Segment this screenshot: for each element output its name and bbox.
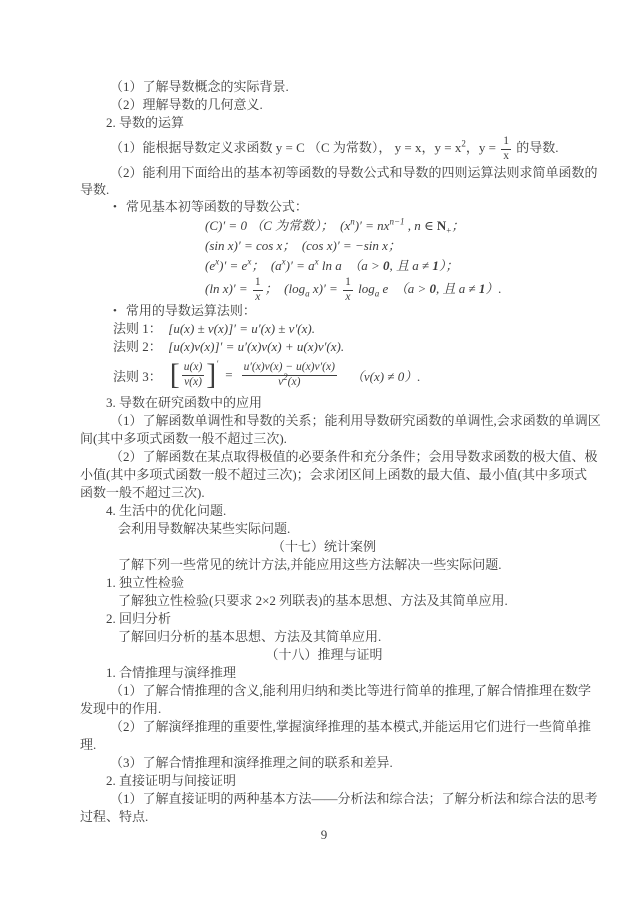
formula-run: ； (a [251,258,281,273]
rule-3-label: 法则 3： [113,366,162,385]
item-derivative-applications: 3. 导数在研究函数中的应用 [80,394,568,412]
fraction: 1x [501,135,511,162]
right-bracket: ] [206,360,216,390]
formula-run: )′ = nx [355,218,390,233]
para-extrema-cont-2: 函数一般不超过三次). [80,484,568,502]
fraction-numerator: u(x) [182,361,205,375]
bullet-derivative-rules: •常用的导数运算法则： [80,302,568,320]
document-page: （1）了解导数概念的实际背景. （2）理解导数的几何意义. 2. 导数的运算 （… [0,0,640,905]
fraction-denominator: x [501,150,511,163]
formula-run: log [355,281,375,296]
para-basic-formulas-intro: （2）能利用下面给出的基本初等函数的导数公式和导数的四则运算法则求简单函数的 [80,164,568,181]
text-run: ，y = [466,140,499,155]
fraction: 1x [343,276,353,303]
formula-run: ln a （a > [319,258,383,273]
formula-run: , 且 a ≠ [390,258,433,273]
para-direct-proof-cont: 过程、特点. [80,808,568,826]
formula-run: ； (log [265,281,305,296]
para-statistics-intro: 了解下列一些常见的统计方法,并能应用这些方法解决一些实际问题. [80,556,568,574]
item-regression-analysis: 2. 回归分析 [80,610,568,628]
equals-sign: = [225,367,232,383]
formula-sin-cos: (sin x)′ = cos x； (cos x)′ = −sin x； [80,236,568,256]
formula-run: x)′ = [310,281,341,296]
formula-run: (e [205,258,215,273]
para-derivative-geometric-meaning: （2）理解导数的几何意义. [80,96,568,114]
para-monotonicity: （1）了解函数单调性和导数的关系；能利用导数研究函数的单调性,会求函数的单调区 [80,412,568,430]
para-deductive-reasoning: （2）了解演绎推理的重要性,掌握演绎推理的基本模式,并能运用它们进行一些简单推 [80,718,568,736]
fraction: u(x)v(x) [182,361,205,388]
item-direct-indirect-proof: 2. 直接证明与间接证明 [80,772,568,790]
para-regression-desc: 了解回归分析的基本思想、方法及其简单应用. [80,628,568,646]
document-body: （1）了解导数概念的实际背景. （2）理解导数的几何意义. 2. 导数的运算 （… [80,0,568,844]
fraction: u′(x)v(x) − u(x)v′(x)v2(x) [242,361,337,388]
rule-3-condition: （v(x) ≠ 0）. [351,366,421,385]
superscript: n−1 [389,217,404,227]
fraction-numerator: u′(x)v(x) − u(x)v′(x) [242,361,337,375]
rule-1-label: 法则 1： [113,321,155,336]
item-optimization: 4. 生活中的优化问题. [80,502,568,520]
fraction-denominator: x [343,291,353,304]
item-plausible-deductive-reasoning: 1. 合情推理与演绎推理 [80,664,568,682]
left-bracket: [ [170,360,180,390]
para-derivative-by-definition: （1）能根据导数定义求函数 y = C （C 为常数）， y = x，y = x… [80,132,568,164]
rule-2-label: 法则 2： [113,339,155,354]
formula-run: (ln x)′ = [205,281,251,296]
para-extrema: （2）了解函数在某点取得极值的必要条件和充分条件；会用导数求函数的极大值、极 [80,448,568,466]
formula-constant-power: (C)′ = 0 （C 为常数）； (xn)′ = nxn−1 , n ∈ N+… [80,216,568,236]
fraction-numerator: 1 [343,276,353,290]
formula-run: )′ = a [286,258,315,273]
rule-2-line: 法则 2： [u(x)v(x)]′ = u′(x)v(x) + u(x)v′(x… [80,338,568,356]
fraction-numerator: 1 [501,135,511,149]
formula-run: )′ = e [219,258,247,273]
formula-logarithm: (ln x)′ = 1x； (loga x)′ = 1x loga e （a >… [80,276,568,302]
formula-exponential: (ex)′ = ex； (ax)′ = ax ln a （a > 0, 且 a … [80,256,568,276]
bold-N-symbol: N [437,218,446,233]
text-run: （1）能根据导数定义求函数 y = C （C 为常数）， y = x，y = x [110,140,461,155]
para-derivative-concept-background: （1）了解导数概念的实际背景. [80,78,568,96]
heading-reasoning-proof: （十八）推理与证明 [80,646,568,664]
para-direct-proof: （1）了解直接证明的两种基本方法——分析法和综合法；了解分析法和综合法的思考 [80,790,568,808]
text-run: 的导数. [513,140,559,155]
prime-mark: ′ [216,359,218,369]
para-extrema-cont-1: 小值(其中多项式函数一般不超过三次)；会求闭区间上函数的最大值、最小值(其中多项… [80,466,568,484]
rule-3-line: 法则 3：[u(x)v(x)]′=u′(x)v(x) − u(x)v′(x)v2… [80,356,568,394]
para-plausible-reasoning-cont: 发现中的作用. [80,700,568,718]
bullet-icon: • [113,305,117,317]
para-reasoning-relationship: （3）了解合情推理和演绎推理之间的联系和差异. [80,754,568,772]
fraction: 1x [253,276,263,303]
para-optimization-desc: 会利用导数解决某些实际问题. [80,520,568,538]
heading-statistics-cases: （十七）统计案例 [80,538,568,556]
formula-run: (C)′ = 0 （C 为常数）； (x [205,218,350,233]
item-derivative-operations: 2. 导数的运算 [80,114,568,132]
formula-run: ）. [485,281,501,296]
fraction-denominator: v2(x) [242,376,337,389]
rule-2-formula: [u(x)v(x)]′ = u′(x)v(x) + u(x)v′(x). [168,339,344,354]
para-basic-formulas-intro-cont: 导数. [80,181,568,198]
para-monotonicity-cont: 间(其中多项式函数一般不超过三次). [80,430,568,448]
formula-run: , n ∈ [405,218,437,233]
bullet-common-derivative-formulas: •常见基本初等函数的导数公式： [80,198,568,216]
page-number: 9 [80,826,568,844]
para-deductive-reasoning-cont: 理. [80,736,568,754]
formula-run: e （a > [379,281,429,296]
item-independence-test: 1. 独立性检验 [80,574,568,592]
fraction-numerator: 1 [253,276,263,290]
para-plausible-reasoning: （1）了解合情推理的含义,能利用归纳和类比等进行简单的推理,了解合情推理在数学 [80,682,568,700]
bullet-label: 常见基本初等函数的导数公式： [126,199,308,214]
rule-1-formula: [u(x) ± v(x)]′ = u′(x) ± v′(x). [168,321,315,336]
para-independence-test-desc: 了解独立性检验(只要求 2×2 列联表)的基本思想、方法及其简单应用. [80,592,568,610]
formula-run: ； [451,218,464,233]
formula-run: ）； [439,258,459,273]
rule-1-line: 法则 1： [u(x) ± v(x)]′ = u′(x) ± v′(x). [80,320,568,338]
formula-run: , 且 a ≠ [436,281,479,296]
bullet-label: 常用的导数运算法则： [126,303,256,318]
formula-run: (x) [288,376,301,388]
bullet-icon: • [113,201,117,213]
fraction-denominator: v(x) [182,376,205,389]
